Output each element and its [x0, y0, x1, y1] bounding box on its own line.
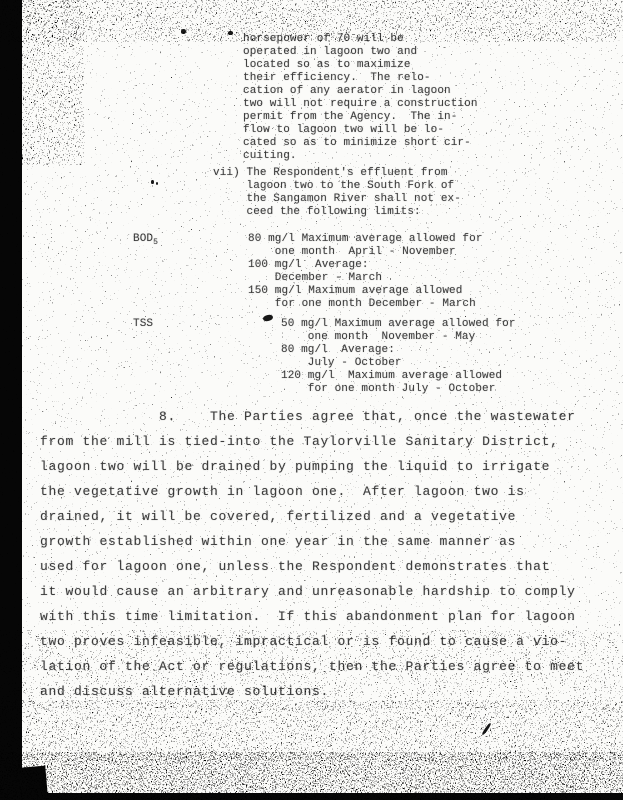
- text-line: cated so as to minimize short cir-: [243, 137, 478, 150]
- text-line: used for lagoon one, unless the Responde…: [40, 554, 584, 579]
- text-line: flow to lagoon two will be lo-: [243, 124, 478, 137]
- text-line: December - March: [248, 272, 483, 285]
- text-line: lagoon two will be drained by pumping th…: [40, 454, 584, 479]
- aerator-provision-block: horsepower of 70 will beoperated in lago…: [243, 33, 478, 163]
- text-line: and discuss alternative solutions.: [40, 679, 584, 704]
- paragraph-8-abandonment-plan: 8. The Parties agree that, once the wast…: [40, 404, 584, 704]
- scanned-document-page: horsepower of 70 will beoperated in lago…: [0, 0, 623, 800]
- text-line: operated in lagoon two and: [243, 46, 478, 59]
- text-line: cation of any aerator in lagoon: [243, 85, 478, 98]
- ink-smudge: [156, 182, 158, 185]
- item-vii-effluent-block: vii) The Respondent's effluent from lago…: [213, 167, 461, 219]
- text-line: one month April - November: [248, 246, 483, 259]
- text-line: 80 mg/l Maximum average allowed for: [248, 233, 483, 246]
- text-line: 120 mg/l Maximum average allowed: [281, 370, 516, 383]
- text-line: 8. The Parties agree that, once the wast…: [40, 404, 584, 429]
- text-line: located so as to maximize: [243, 59, 478, 72]
- bod5-parameter-text: BOD: [133, 233, 153, 245]
- text-line: cuiting.: [243, 150, 478, 163]
- bod5-limits-block: 80 mg/l Maximum average allowed for one …: [248, 233, 483, 311]
- text-line: for one month July - October: [281, 383, 516, 396]
- text-line: vii) The Respondent's effluent from: [213, 167, 461, 180]
- text-line: the vegetative growth in lagoon one. Aft…: [40, 479, 584, 504]
- scan-edge-bottom: [0, 793, 623, 800]
- text-line: lagoon two to the South Fork of: [213, 180, 461, 193]
- tss-parameter-text: TSS: [133, 318, 153, 330]
- ink-speck: [181, 29, 186, 34]
- tss-parameter-label: TSS: [133, 318, 153, 334]
- text-line: 150 mg/l Maximum average allowed: [248, 285, 483, 298]
- text-line: for one month December - March: [248, 298, 483, 311]
- text-line: with this time limitation. If this aband…: [40, 604, 584, 629]
- text-line: July - October: [281, 357, 516, 370]
- ink-speck: [228, 31, 233, 35]
- bod5-parameter-subscript: 5: [153, 238, 158, 247]
- text-line: lation of the Act or regulations, then t…: [40, 654, 584, 679]
- bod5-parameter-label: BOD5: [133, 233, 158, 249]
- text-line: 80 mg/l Average:: [281, 344, 516, 357]
- scratch-mark: [481, 722, 491, 735]
- text-line: the Sangamon River shall not ex-: [213, 193, 461, 206]
- text-line: one month November - May: [281, 331, 516, 344]
- ink-blot: [262, 314, 273, 322]
- text-line: ceed the following limits:: [213, 206, 461, 219]
- ink-smudge: [151, 180, 154, 184]
- text-line: from the mill is tied-into the Taylorvil…: [40, 429, 584, 454]
- text-line: 100 mg/l Average:: [248, 259, 483, 272]
- scan-edge-left: [0, 0, 22, 800]
- text-line: two proves infeasible, impractical or is…: [40, 629, 584, 654]
- noise-region-bottom: [0, 700, 623, 760]
- text-line: drained, it will be covered, fertilized …: [40, 504, 584, 529]
- noise-region-left-column: [22, 0, 84, 165]
- tss-limits-block: 50 mg/l Maximum average allowed for one …: [281, 318, 516, 396]
- text-line: growth established within one year in th…: [40, 529, 584, 554]
- text-line: it would cause an arbitrary and unreason…: [40, 579, 584, 604]
- text-line: permit from the Agency. The in-: [243, 111, 478, 124]
- text-line: 50 mg/l Maximum average allowed for: [281, 318, 516, 331]
- text-line: horsepower of 70 will be: [243, 33, 478, 46]
- text-line: their efficiency. The relo-: [243, 72, 478, 85]
- text-line: two will not require a construction: [243, 98, 478, 111]
